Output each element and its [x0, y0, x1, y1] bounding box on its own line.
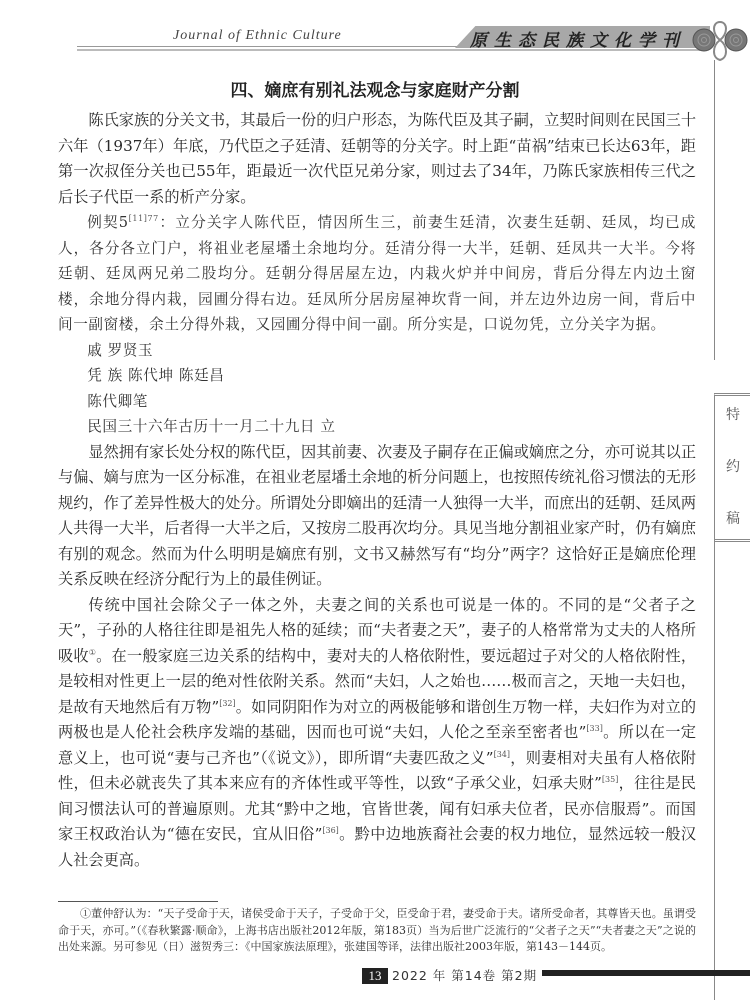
- contract-date: 民国三十六年古历十一月二十九日 立: [58, 414, 696, 440]
- signature-line: 陈代卿笔: [58, 389, 696, 415]
- margin-rule-top: [714, 60, 715, 360]
- running-footer: 13 2022 年 第14卷 第2期: [0, 968, 750, 988]
- contract-text: ：立分关字人陈代臣，情因所生三，前妻生廷清，次妻生廷朝、廷凤，均已成人，各分各立…: [58, 214, 696, 333]
- special-contribution-tab: 特 约 稿: [714, 393, 750, 542]
- citation[interactable]: [36]: [322, 826, 338, 835]
- contract-label: 例契5: [87, 214, 128, 231]
- double-spiral-knot-icon: [690, 18, 750, 66]
- citation[interactable]: [32]: [219, 698, 235, 707]
- footnote-rule: [58, 901, 218, 902]
- citation[interactable]: [33]: [586, 724, 602, 733]
- footnote: ①董仲舒认为：“天子受命于天，诸侯受命于天子，子受命于父，臣受命于君，妻受命于夫…: [58, 906, 696, 956]
- journal-title-chinese: 原生态民族文化学刊: [470, 26, 686, 51]
- side-tab-char: 特: [726, 404, 740, 424]
- footer-bar: [542, 970, 750, 976]
- signature-line: 凭 族 陈代坤 陈廷昌: [58, 363, 696, 389]
- margin-rule-bottom: [714, 535, 715, 1000]
- citation[interactable]: [34]: [494, 749, 510, 758]
- paragraph: 显然拥有家长处分权的陈代臣，因其前妻、次妻及子嗣存在正偏或嫡庶之分，亦可说其以正…: [58, 440, 696, 593]
- section-heading: 四、嫡庶有别礼法观念与家庭财产分割: [0, 76, 750, 101]
- citation[interactable]: [35]: [602, 775, 618, 784]
- side-tab-char: 约: [726, 456, 740, 476]
- paragraph: 陈氏家族的分关文书，其最后一份的归户形态，为陈代臣及其子嗣，立契时间则在民国三十…: [58, 108, 696, 210]
- contract-quote: 例契5[11]77：立分关字人陈代臣，情因所生三，前妻生廷清，次妻生廷朝、廷凤，…: [58, 210, 696, 338]
- side-tab-char: 稿: [726, 508, 740, 528]
- issue-info: 2022 年 第14卷 第2期: [392, 968, 537, 984]
- paragraph: 传统中国社会除父子一体之外，夫妻之间的关系也可说是一体的。不同的是“父者子之天”…: [58, 593, 696, 874]
- journal-title-english: Journal of Ethnic Culture: [173, 28, 342, 44]
- citation: [11]77: [129, 214, 159, 223]
- signature-line: 戚 罗贤玉: [58, 338, 696, 364]
- running-header: Journal of Ethnic Culture 原生态民族文化学刊: [0, 0, 750, 70]
- article-body: 陈氏家族的分关文书，其最后一份的归户形态，为陈代臣及其子嗣，立契时间则在民国三十…: [58, 108, 696, 873]
- page-number: 13: [362, 968, 388, 984]
